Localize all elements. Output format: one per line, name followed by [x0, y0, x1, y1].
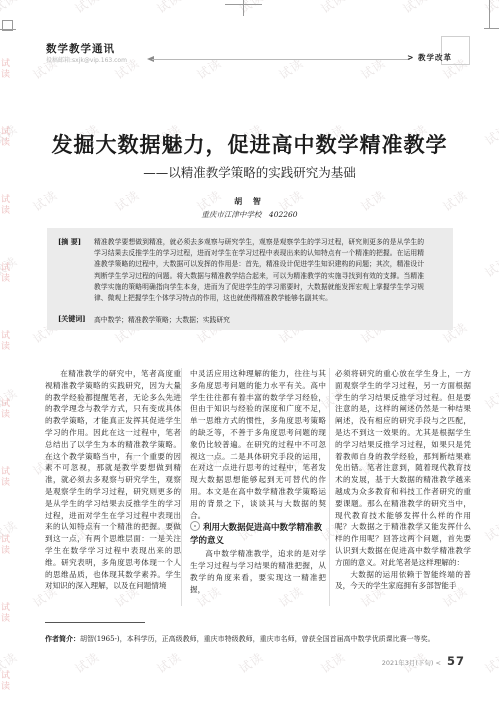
section-tag: > 教学改革 [407, 52, 452, 63]
journal-email: 投稿邮箱:sxjk@vip.163.com [46, 55, 127, 64]
header-rule [152, 59, 410, 60]
watermark-text: 试读 [481, 516, 499, 545]
section-heading-text: 利用大数据促进高中数学精准教学的意义 [190, 523, 322, 546]
journal-title: 数学教学通讯 [46, 41, 115, 56]
footnote-rule [45, 622, 145, 623]
issue-info: 2021年3月(下旬) < [382, 658, 441, 667]
watermark-text: 试读 [317, 0, 348, 17]
watermark-text: 试读 [71, 0, 102, 17]
edge-stamp-text: 试读 [0, 466, 11, 488]
edge-stamp-text: 试读 [0, 534, 11, 556]
crop-mark [484, 28, 499, 29]
column-divider [329, 368, 330, 606]
keywords-text: 高中数学；精准教学策略；大数据；实践研究 [94, 314, 424, 324]
watermark-text: 试读 [481, 384, 499, 413]
page-number: 57 [447, 654, 465, 668]
section-ornament-icon [190, 521, 200, 531]
section-heading: 利用大数据促进高中数学精准教学的意义 [190, 521, 326, 548]
article-subtitle: ——以精准教学策略的实践研究为基础 [0, 163, 499, 181]
abstract-text: 精准教学要想做到精准，就必须去多观察与研究学生，观察是观察学生的学习过程，研究则… [94, 237, 424, 304]
body-column-3: 必须将研究的重心放在学生身上，一方面观察学生的学习过程，另一方面根据学生的学习结… [335, 368, 471, 592]
column-divider [181, 368, 182, 606]
author-affiliation: 重庆市江津中学校 402260 [0, 209, 499, 220]
page-footer: 2021年3月(下旬) < 57 [382, 654, 465, 668]
edge-stamp-text: 试读 [0, 330, 11, 352]
edge-stamp-text: 试读 [0, 670, 11, 692]
crop-mark [0, 29, 16, 30]
paragraph: 在精准教学的研究中，笔者高度重视精准教学策略的实践研究，因为大量的教学经验都提醒… [45, 368, 181, 592]
abstract-label: [摘 要] [58, 237, 81, 247]
author-name: 胡 智 [0, 196, 499, 207]
watermark-text: 试读 [0, 252, 21, 281]
body-column-1: 在精准教学的研究中，笔者高度重视精准教学策略的实践研究，因为大量的教学经验都提醒… [45, 368, 181, 592]
edge-stamp-text: 试读 [0, 58, 11, 80]
edge-stamp-text: 试读 [0, 602, 11, 624]
crop-mark [243, 0, 244, 16]
crop-mark [489, 0, 490, 28]
watermark-text: 试读 [0, 0, 21, 17]
watermark-text: 试读 [153, 0, 184, 17]
edge-stamp-text: 试读 [0, 262, 11, 284]
paragraph: 必须将研究的重心放在学生身上，一方面观察学生的学习过程，另一方面根据学生的学习结… [335, 368, 471, 569]
keywords-label: [关键词] [58, 314, 86, 324]
paragraph: 中灵活应用这种理解的能力，往往与其多角度思考问题的能力水平有关。高中学生往往都有… [190, 368, 326, 521]
bio-text: 胡智(1965-)，本科学历，正高级教师，重庆市特级教师，重庆市名师，曾获全国首… [80, 635, 435, 643]
watermark-text: 试读 [71, 648, 102, 677]
watermark-text: 试读 [481, 252, 499, 281]
watermark-text: 试读 [399, 0, 430, 17]
watermark-text: 试读 [0, 648, 21, 677]
watermark-text: 试读 [481, 648, 499, 677]
edge-stamp-text: 试读 [0, 398, 11, 420]
journal-page: 试读试读试读试读试读试读试读试读试读试读试读试读试读试读试读试读试读试读试读试读… [0, 0, 499, 706]
bio-label: 作者简介： [45, 634, 80, 643]
watermark-text: 试读 [235, 648, 266, 677]
watermark-text: 试读 [235, 0, 266, 17]
watermark-text: 试读 [0, 516, 21, 545]
crop-mark [225, 4, 262, 5]
article-title: 发掘大数据魅力，促进高中数学精准教学 [0, 129, 499, 159]
watermark-text: 试读 [317, 648, 348, 677]
watermark-text: 试读 [153, 648, 184, 677]
watermark-text: 试读 [0, 384, 21, 413]
paragraph: 高中数学精准教学，追求的是对学生学习过程与学习结果的精准把握，从教学的角度来看，… [190, 548, 326, 595]
paragraph: 大数据的运用依赖于智能终端的普及，今天的学生家庭拥有多部智能手 [335, 569, 471, 593]
author-bio: 作者简介：胡智(1965-)，本科学历，正高级教师，重庆市特级教师，重庆市名师，… [45, 633, 467, 645]
body-column-2: 中灵活应用这种理解的能力，往往与其多角度思考问题的能力水平有关。高中学生往往都有… [190, 368, 326, 596]
watermark-text: 试读 [481, 0, 499, 17]
